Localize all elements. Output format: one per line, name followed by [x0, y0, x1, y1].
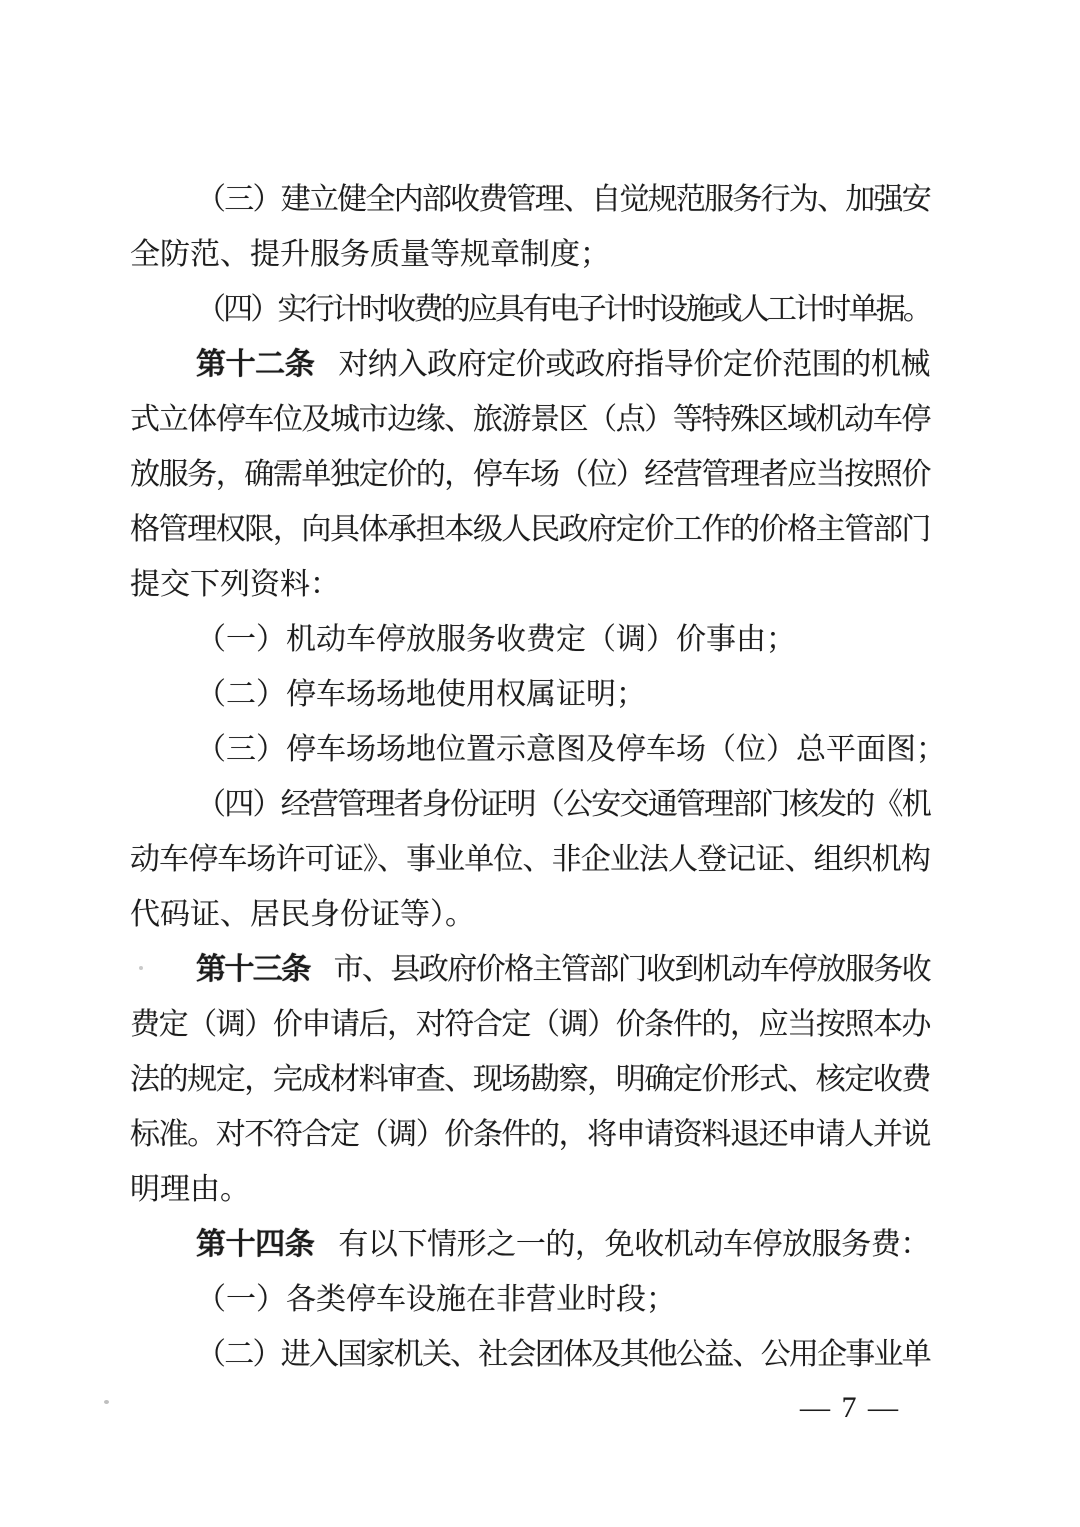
document-line: 第十四条有以下情形之一的，免收机动车停放服务费： — [130, 1217, 930, 1272]
line-text: 费定（调）价申请后，对符合定（调）价条件的，应当按照本办 — [130, 1008, 930, 1041]
line-content: （二）停车场场地使用权属证明； — [196, 678, 646, 711]
line-content: 费定（调）价申请后，对符合定（调）价条件的，应当按照本办 — [130, 1008, 930, 1041]
page-number: — 7 — — [800, 1390, 900, 1426]
document-line: 格管理权限，向具体承担本级人民政府定价工作的价格主管部门 — [130, 502, 930, 557]
line-text: 明理由。 — [130, 1173, 250, 1206]
line-text: （二）停车场场地使用权属证明； — [196, 678, 646, 711]
line-content: 放服务，确需单独定价的，停车场（位）经营管理者应当按照价 — [130, 458, 930, 491]
line-content: 第十四条有以下情形之一的，免收机动车停放服务费： — [196, 1228, 930, 1261]
document-line: 第十二条对纳入政府定价或政府指导价定价范围的机械 — [130, 337, 930, 392]
line-text: 提交下列资料： — [130, 568, 340, 601]
article-number: 第十二条 — [196, 348, 314, 381]
document-line: 提交下列资料： — [130, 557, 930, 612]
line-content: 动车停车场许可证》、事业单位、非企业法人登记证、组织机构 — [130, 843, 930, 876]
line-content: （二）进入国家机关、社会团体及其他公益、公用企事业单 — [196, 1338, 930, 1371]
scanned-document-page: （三）建立健全内部收费管理、自觉规范服务行为、加强安全防范、提升服务质量等规章制… — [0, 0, 1080, 1527]
line-text: （二）进入国家机关、社会团体及其他公益、公用企事业单 — [196, 1338, 930, 1371]
document-line: （四）实行计时收费的应具有电子计时设施或人工计时单据。 — [130, 282, 930, 337]
document-line: 式立体停车位及城市边缘、旅游景区（点）等特殊区域机动车停 — [130, 392, 930, 447]
line-content: 提交下列资料： — [130, 568, 340, 601]
line-content: 法的规定，完成材料审查、现场勘察，明确定价形式、核定收费 — [130, 1063, 930, 1096]
document-line: （一）各类停车设施在非营业时段； — [130, 1272, 930, 1327]
article-number: 第十三条 — [196, 953, 310, 986]
line-text: （四）经营管理者身份证明（公安交通管理部门核发的《机 — [196, 788, 930, 821]
line-text: （一）机动车停放服务收费定（调）价事由； — [196, 623, 796, 656]
document-line: （二）进入国家机关、社会团体及其他公益、公用企事业单 — [130, 1327, 930, 1382]
line-text: （三）建立健全内部收费管理、自觉规范服务行为、加强安 — [196, 183, 930, 216]
line-text: （四）实行计时收费的应具有电子计时设施或人工计时单据。 — [196, 293, 930, 326]
line-text: 对纳入政府定价或政府指导价定价范围的机械 — [338, 348, 930, 381]
line-text: （一）各类停车设施在非营业时段； — [196, 1283, 676, 1316]
line-content: 明理由。 — [130, 1173, 250, 1206]
document-line: （四）经营管理者身份证明（公安交通管理部门核发的《机 — [130, 777, 930, 832]
line-content: 格管理权限，向具体承担本级人民政府定价工作的价格主管部门 — [130, 513, 930, 546]
document-line: （三）建立健全内部收费管理、自觉规范服务行为、加强安 — [130, 172, 930, 227]
document-line: 放服务，确需单独定价的，停车场（位）经营管理者应当按照价 — [130, 447, 930, 502]
document-line: （三）停车场场地位置示意图及停车场（位）总平面图； — [130, 722, 930, 777]
line-text: 式立体停车位及城市边缘、旅游景区（点）等特殊区域机动车停 — [130, 403, 930, 436]
line-content: （三）停车场场地位置示意图及停车场（位）总平面图； — [196, 733, 946, 766]
line-text: 全防范、提升服务质量等规章制度； — [130, 238, 610, 271]
line-content: 代码证、居民身份证等）。 — [130, 898, 475, 931]
line-text: （三）停车场场地位置示意图及停车场（位）总平面图； — [196, 733, 946, 766]
line-text: 市、县政府价格主管部门收到机动车停放服务收 — [334, 953, 930, 986]
line-text: 动车停车场许可证》、事业单位、非企业法人登记证、组织机构 — [130, 843, 930, 876]
line-text: 法的规定，完成材料审查、现场勘察，明确定价形式、核定收费 — [130, 1063, 930, 1096]
scan-speck — [104, 1400, 109, 1404]
line-content: （四）经营管理者身份证明（公安交通管理部门核发的《机 — [196, 788, 930, 821]
document-line: （二）停车场场地使用权属证明； — [130, 667, 930, 722]
line-content: （四）实行计时收费的应具有电子计时设施或人工计时单据。 — [196, 293, 930, 326]
line-content: 全防范、提升服务质量等规章制度； — [130, 238, 610, 271]
line-content: （三）建立健全内部收费管理、自觉规范服务行为、加强安 — [196, 183, 930, 216]
document-line: 明理由。 — [130, 1162, 930, 1217]
line-text: 标准。对不符合定（调）价条件的，将申请资料退还申请人并说 — [130, 1118, 930, 1151]
document-body: （三）建立健全内部收费管理、自觉规范服务行为、加强安全防范、提升服务质量等规章制… — [130, 172, 930, 1382]
document-line: 费定（调）价申请后，对符合定（调）价条件的，应当按照本办 — [130, 997, 930, 1052]
scan-speck — [139, 966, 143, 970]
document-line: 标准。对不符合定（调）价条件的，将申请资料退还申请人并说 — [130, 1107, 930, 1162]
line-content: 标准。对不符合定（调）价条件的，将申请资料退还申请人并说 — [130, 1118, 930, 1151]
document-line: 第十三条市、县政府价格主管部门收到机动车停放服务收 — [130, 942, 930, 997]
line-text: 代码证、居民身份证等）。 — [130, 898, 475, 931]
line-text: 格管理权限，向具体承担本级人民政府定价工作的价格主管部门 — [130, 513, 930, 546]
line-content: （一）各类停车设施在非营业时段； — [196, 1283, 676, 1316]
document-line: 代码证、居民身份证等）。 — [130, 887, 930, 942]
article-number: 第十四条 — [196, 1228, 314, 1261]
line-text: 放服务，确需单独定价的，停车场（位）经营管理者应当按照价 — [130, 458, 930, 491]
line-text: 有以下情形之一的，免收机动车停放服务费： — [338, 1228, 930, 1261]
line-content: 式立体停车位及城市边缘、旅游景区（点）等特殊区域机动车停 — [130, 403, 930, 436]
document-line: （一）机动车停放服务收费定（调）价事由； — [130, 612, 930, 667]
line-content: （一）机动车停放服务收费定（调）价事由； — [196, 623, 796, 656]
line-content: 第十三条市、县政府价格主管部门收到机动车停放服务收 — [196, 953, 930, 986]
document-line: 法的规定，完成材料审查、现场勘察，明确定价形式、核定收费 — [130, 1052, 930, 1107]
line-content: 第十二条对纳入政府定价或政府指导价定价范围的机械 — [196, 348, 930, 381]
document-line: 全防范、提升服务质量等规章制度； — [130, 227, 930, 282]
document-line: 动车停车场许可证》、事业单位、非企业法人登记证、组织机构 — [130, 832, 930, 887]
